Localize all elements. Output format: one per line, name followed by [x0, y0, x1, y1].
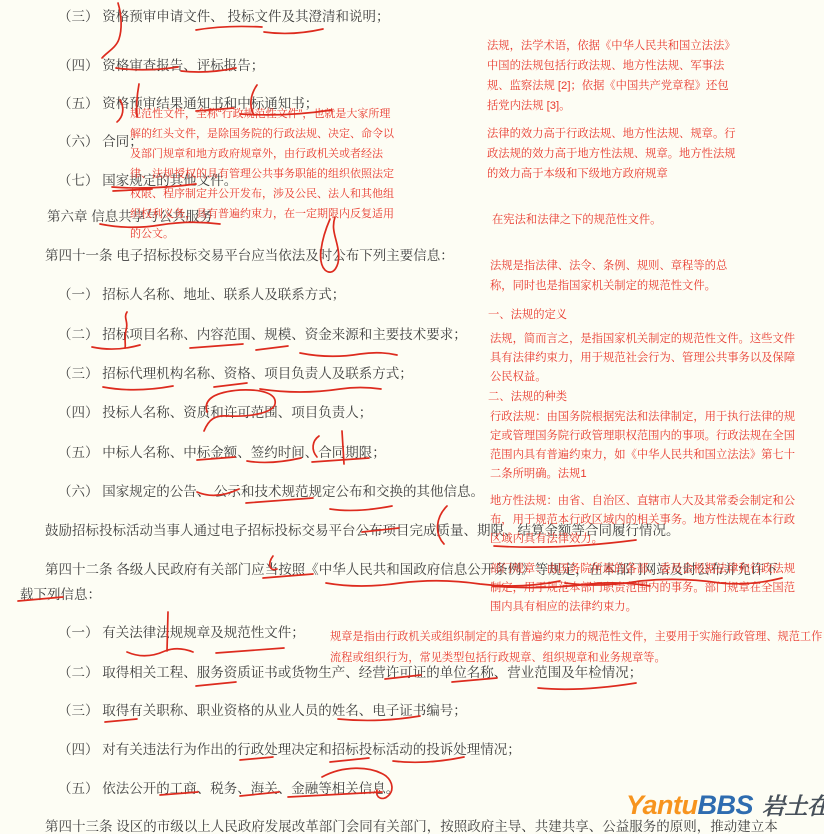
annotation-note: 法规，法学术语，依据《中华人民共和国立法法》中国的法规包括行政法规、地方性法规、… — [487, 36, 739, 116]
annotation-mark — [196, 26, 262, 30]
logo-word-yantu: Yantu — [626, 790, 698, 820]
document-line: （六） 国家规定的公告、 公示和技术规范规定公布和交换的其他信息。 — [58, 483, 484, 500]
document-line: （五） 依法公开的工商、税务、海关、金融等相关信息。 — [58, 780, 399, 797]
document-line: （四） 资格审查报告、评标报告； — [58, 57, 264, 74]
annotation-mark — [214, 383, 247, 387]
logo-word-bbs: BBS — [698, 790, 754, 820]
document-line: （三） 取得有关职称、职业资格的从业人员的姓名、电子证书编号； — [58, 702, 467, 719]
annotation-mark — [216, 648, 284, 653]
annotation-mark — [264, 29, 323, 33]
annotation-note: 行政法规：由国务院根据宪法和法律制定，用于执行法律的规定或管理国务院行政管理职权… — [490, 408, 800, 484]
annotation-mark — [300, 353, 397, 357]
document-line: （一） 招标人名称、地址、联系人及联系方式； — [58, 286, 345, 303]
document-line: （四） 投标人名称、资质和许可范围、项目负责人； — [58, 404, 372, 421]
annotation-note: 规范性文件，全称“行政规范性文件”，也就是大家所理解的红头文件，是除国务院的行政… — [130, 104, 400, 244]
annotation-note: 在宪法和法律之下的规范性文件。 — [492, 210, 732, 230]
annotation-mark — [196, 682, 236, 686]
annotation-mark — [260, 388, 381, 393]
document-line: （三） 招标代理机构名称、资格、项目负责人及联系方式； — [58, 365, 413, 382]
annotation-note: 法规，简而言之，是指国家机关制定的规范性文件。这些文件具有法律约束力，用于规范社… — [490, 330, 800, 387]
annotation-mark — [105, 719, 137, 722]
annotation-note: 地方性法规：由省、自治区、直辖市人大及其常委会制定和公布，用于规范本行政区域内的… — [490, 492, 800, 549]
annotation-mark — [256, 346, 288, 350]
annotation-mark — [330, 506, 392, 510]
annotation-note: 法律的效力高于行政法规、地方性法规、规章。行政法规的效力高于地方性法规、规章。地… — [487, 124, 739, 184]
document-line: 第四十一条 电子招标投标交易平台应当依法及时公布下列主要信息： — [45, 247, 454, 264]
annotation-mark — [103, 386, 173, 390]
annotation-mark — [127, 649, 193, 656]
document-page: （三） 资格预审申请文件、 投标文件及其澄清和说明；（四） 资格审查报告、评标报… — [0, 0, 824, 834]
annotation-note: 一、法规的定义 — [488, 306, 806, 325]
document-line: 载下列信息： — [20, 586, 101, 603]
annotation-note: 二、法规的种类 — [488, 388, 806, 407]
annotation-mark — [190, 344, 243, 348]
document-line: （四） 对有关违法行为作出的行政处理决定和招标投标活动的投诉处理情况； — [58, 741, 521, 758]
yantubbs-logo: YantuBBS 岩土在线 — [626, 788, 824, 821]
document-line: （三） 资格预审申请文件、 投标文件及其澄清和说明； — [58, 8, 390, 25]
annotation-mark — [330, 758, 369, 762]
annotation-mark — [92, 345, 140, 349]
document-line: （一） 有关法律法规规章及规范性文件； — [58, 624, 305, 641]
document-line: （五） 中标人名称、中标金额、签约时间、合同期限； — [58, 444, 386, 461]
document-line: （二） 招标项目名称、内容范围、规模、资金来源和主要技术要求； — [58, 326, 467, 343]
logo-word-cn: 岩土在线 — [762, 793, 824, 819]
annotation-note: 部门规章：由国务院所属的各部、委员会根据法律和行政法规制定，用于规范本部门职责范… — [490, 560, 800, 617]
annotation-note: 规章是指由行政机关或组织制定的具有普遍约束力的规范性文件，主要用于实施行政管理、… — [330, 627, 824, 669]
annotation-note: 法规是指法律、法令、条例、规则、章程等的总称，同时也是指国家机关制定的规范性文件… — [490, 256, 730, 296]
annotation-mark — [538, 683, 636, 689]
